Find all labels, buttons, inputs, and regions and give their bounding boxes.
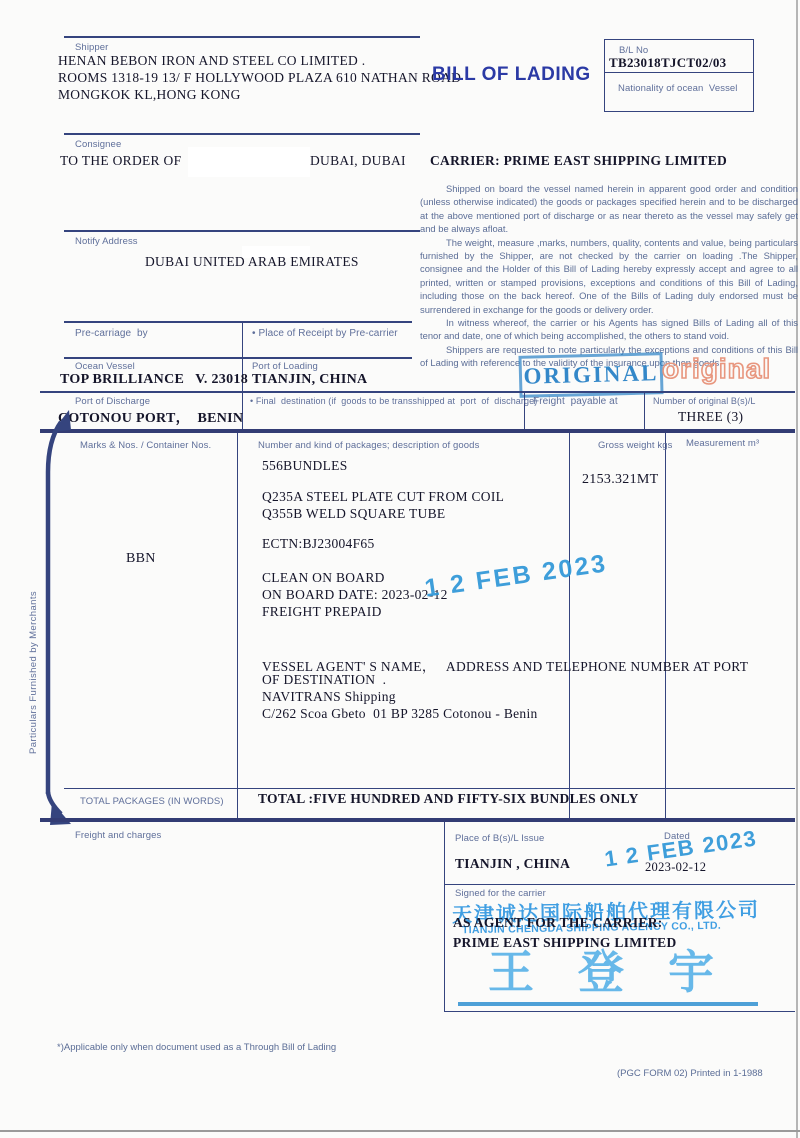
notify-label: Notify Address <box>75 236 138 247</box>
pre-carriage-label: Pre-carriage by <box>75 328 148 339</box>
rule-discharge-top <box>40 391 795 393</box>
merchants-bracket-arrow <box>35 402 81 830</box>
goods-line: FREIGHT PREPAID <box>262 604 382 620</box>
rule-vessel-top <box>64 357 412 359</box>
originals-count-label: Number of original B(s)/L <box>653 396 756 406</box>
goods-line: 556BUNDLES <box>262 458 348 474</box>
goods-line: ECTN:BJ23004F65 <box>262 536 375 552</box>
goods-line: ON BOARD DATE: 2023-02-12 <box>262 587 448 603</box>
form-number-note: (PGC FORM 02) Printed in 1-1988 <box>617 1068 763 1079</box>
bl-no-value: TB23018TJCT02/03 <box>609 55 726 71</box>
bill-of-lading-document: Shipper HENAN BEBON IRON AND STEEL CO LI… <box>0 0 800 1138</box>
issue-place-label: Place of B(s)/L Issue <box>455 833 544 844</box>
goods-line: OF DESTINATION . <box>262 672 386 688</box>
goods-line: NAVITRANS Shipping <box>262 689 396 705</box>
nationality-label: Nationality of ocean Vessel <box>618 83 738 94</box>
rule-signed-top <box>444 884 795 885</box>
col-weight-header: Gross weight kgs <box>598 440 672 451</box>
goods-line: Q355B WELD SQUARE TUBE <box>262 506 445 522</box>
col-measurement-header: Measurement m³ <box>686 438 759 449</box>
page-edge-bottom <box>0 1130 800 1132</box>
col-marks-header: Marks & Nos. / Container Nos. <box>80 440 211 451</box>
total-packages-label: TOTAL PACKAGES (IN WORDS) <box>80 796 224 807</box>
carrier-signature: 王 登 宇 <box>488 936 728 1002</box>
bl-box-divider <box>605 72 753 73</box>
signature-stamp-underline <box>458 1002 758 1006</box>
freight-charges-label: Freight and charges <box>75 830 161 841</box>
consignee-label: Consignee <box>75 139 121 150</box>
divider-table-measurement <box>665 433 666 818</box>
col-description-header: Number and kind of packages; description… <box>258 440 479 451</box>
terms-paragraph: In witness whereof, the carrier or his A… <box>420 316 798 343</box>
shipper-line: HENAN BEBON IRON AND STEEL CO LIMITED . <box>58 53 365 69</box>
notify-value: DUBAI UNITED ARAB EMIRATES <box>145 254 359 270</box>
goods-line: C/262 Scoa Gbeto 01 BP 3285 Cotonou - Be… <box>262 706 538 722</box>
divider-discharge-3 <box>644 391 645 430</box>
onboard-date-stamp: 1 2 FEB 2023 <box>423 549 610 603</box>
goods-line: Q235A STEEL PLATE CUT FROM COIL <box>262 489 504 505</box>
agent-for-carrier-line: AS AGENT FOR THE CARRIER: <box>453 915 663 931</box>
issue-place-value: TIANJIN , CHINA <box>455 856 570 872</box>
rule-consignee-top <box>64 133 420 135</box>
goods-line: CLEAN ON BOARD <box>262 570 385 586</box>
consignee-order-text: TO THE ORDER OF <box>60 153 181 169</box>
gross-weight-value: 2153.321MT <box>582 472 659 488</box>
rule-totals-top <box>64 788 795 789</box>
shipper-label: Shipper <box>75 42 108 53</box>
page-edge-right <box>796 0 798 1138</box>
consignee-whiteout <box>188 147 310 177</box>
shipper-line: MONGKOK KL,HONG KONG <box>58 87 241 103</box>
final-destination-label: • Final destination (if goods to be tran… <box>250 396 537 406</box>
total-packages-value: TOTAL :FIVE HUNDRED AND FIFTY-SIX BUNDLE… <box>258 791 639 807</box>
freight-payable-label: Freight payable at <box>533 396 618 407</box>
rule-table-top <box>40 429 795 433</box>
page-title: BILL OF LADING <box>432 64 591 86</box>
rule-precarriage-top <box>64 321 412 323</box>
port-loading-label: Port of Loading <box>252 361 318 372</box>
originals-count-value: THREE (3) <box>678 409 743 425</box>
rule-shipper-top <box>64 36 420 38</box>
port-discharge-label: Port of Discharge <box>75 396 150 407</box>
terms-and-conditions: Shipped on board the vessel named herein… <box>420 182 798 370</box>
divider-issue-panel <box>444 822 445 1012</box>
rule-issue-bottom <box>444 1011 795 1012</box>
shipper-line: ROOMS 1318-19 13/ F HOLLYWOOD PLAZA 610 … <box>58 70 461 86</box>
receipt-place-label: • Place of Receipt by Pre-carrier <box>252 328 398 339</box>
terms-paragraph: The weight, measure ,marks, numbers, qua… <box>420 236 798 316</box>
marks-value: BBN <box>126 551 156 567</box>
through-bl-note: *)Applicable only when document used as … <box>57 1042 336 1053</box>
divider-table-weight <box>569 433 570 818</box>
particulars-side-note: Particulars Furnished by Merchants <box>28 474 39 754</box>
original-watermark: original <box>662 353 771 385</box>
port-loading-value: TIANJIN, CHINA <box>252 372 367 388</box>
ocean-vessel-value: TOP BRILLIANCE V. 23018 <box>60 372 248 388</box>
ocean-vessel-label: Ocean Vessel <box>75 361 135 372</box>
rule-notify-top <box>64 230 420 232</box>
carrier-heading: CARRIER: PRIME EAST SHIPPING LIMITED <box>430 153 727 169</box>
consignee-city: DUBAI, DUBAI <box>310 153 406 169</box>
terms-paragraph: Shipped on board the vessel named herein… <box>420 182 798 236</box>
port-discharge-value: COTONOU PORT， BENIN <box>58 407 243 427</box>
divider-precarriage <box>242 321 243 357</box>
bl-number-box: B/L No TB23018TJCT02/03 Nationality of o… <box>604 39 754 112</box>
rule-totals-bottom <box>40 818 795 822</box>
divider-table-marks <box>237 433 238 818</box>
